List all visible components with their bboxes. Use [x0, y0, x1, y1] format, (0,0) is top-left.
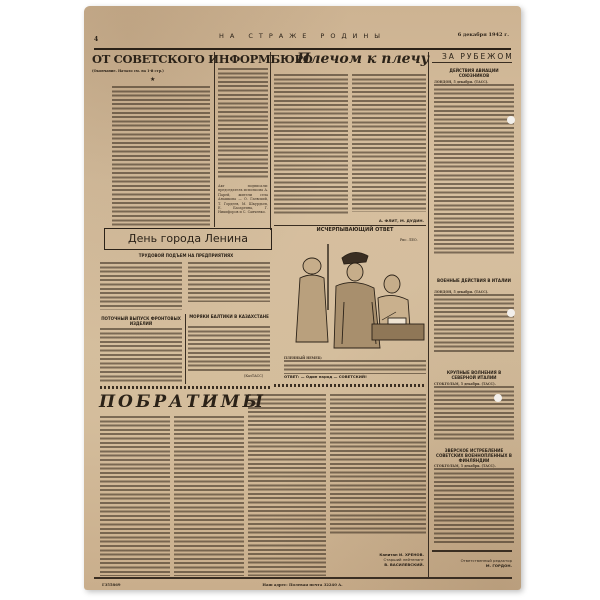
- abroad-article-headline: ВОЕННЫЕ ДЕЙСТВИЯ В ИТАЛИИ: [434, 278, 514, 283]
- poem-headline: Плечом к плечу: [297, 51, 429, 67]
- sovinformburo-body: [112, 86, 210, 226]
- pobratimy-signature: Капитан И. ХРЕНОВ. Старший лейтенант В. …: [354, 552, 424, 567]
- leningrad-subheadline: ТРУДОВОЙ ПОДЪЕМ НА ПРЕДПРИЯТИЯХ: [100, 253, 272, 258]
- sub-article-body: [188, 326, 270, 372]
- cartoon-answer: ОТВЕТ: — Один народ — СОВЕТСКИЙ!: [284, 374, 394, 379]
- pobratimy-body-col2: [174, 416, 244, 576]
- column-divider: [428, 52, 429, 577]
- sovinformburo-body-cont: [218, 68, 268, 180]
- sub-article-body: [100, 328, 182, 382]
- source-tag: (КазТАСС): [244, 374, 263, 378]
- leningrad-day-banner: День города Ленина: [104, 228, 272, 250]
- signature-line: В. ВАСИЛЕВСКИЙ.: [354, 562, 424, 567]
- caption-speaker: ПЛЕННЫЙ НЕМЕЦ:: [284, 356, 322, 360]
- punch-hole: [494, 394, 502, 402]
- sovinformburo-byline: Акт подписали: председатель исполкома А.…: [218, 184, 268, 224]
- leningrad-body-right: [188, 262, 270, 302]
- pobratimy-body-col1: [100, 416, 170, 576]
- column-divider: [214, 52, 215, 227]
- masthead-rule: [94, 48, 511, 50]
- abroad-article-headline: ЗВЕРСКОЕ ИСТРЕБЛЕНИЕ СОВЕТСКИХ ВОЕННОПЛЕ…: [434, 448, 514, 463]
- editor-name: М. ГОРДОН.: [434, 563, 512, 568]
- cartoon-caption: ПЛЕННЫЙ НЕМЕЦ:: [284, 356, 426, 374]
- abroad-headline: ЗА РУБЕЖОМ: [442, 52, 514, 61]
- masthead: 4 НА СТРАЖЕ РОДИНЫ 6 декабря 1942 г.: [94, 32, 511, 44]
- section-rule: [432, 62, 512, 63]
- pobratimy-body-col3: [248, 394, 326, 576]
- abroad-article-body: СТОКГОЛЬМ, 5 декабря. (ТАСС).: [434, 464, 514, 546]
- dateline: ЛОНДОН, 5 декабря. (ТАСС).: [434, 80, 488, 84]
- leningrad-body-left: [100, 262, 182, 310]
- column-divider: [270, 52, 271, 230]
- poem-stanzas-left: [274, 74, 348, 214]
- issue-date: 6 декабря 1942 г.: [458, 32, 509, 38]
- dateline: ЛОНДОН, 5 декабря. (ТАСС).: [434, 290, 488, 294]
- abroad-article-body: СТОКГОЛЬМ, 5 декабря. (ТАСС).: [434, 382, 514, 442]
- bottom-rule: [94, 577, 512, 579]
- poem-stanzas-right: [352, 74, 426, 212]
- dateline: СТОКГОЛЬМ, 5 декабря. (ТАСС).: [434, 464, 496, 468]
- cartoon-illustration: [284, 232, 426, 354]
- editor-credit: Ответственный редактор М. ГОРДОН.: [434, 558, 512, 568]
- newspaper-title: НА СТРАЖЕ РОДИНЫ: [94, 32, 511, 40]
- poem-authors: А. ФЛИТ, М. ДУДИН.: [374, 218, 424, 223]
- star-icon: ★: [150, 76, 155, 83]
- abroad-article-body: ЛОНДОН, 5 декабря. (ТАСС).: [434, 80, 514, 258]
- pobratimy-body-col4: [330, 394, 426, 534]
- pobratimy-headline: ПОБРАТИМЫ: [99, 392, 266, 412]
- sub-article-headline: МОРЯКИ БАЛТИКИ В КАЗАХСТАНЕ: [188, 314, 270, 319]
- wavy-divider: [100, 386, 270, 389]
- newspaper-page: 4 НА СТРАЖЕ РОДИНЫ 6 декабря 1942 г. ОТ …: [84, 6, 521, 590]
- section-rule: [432, 550, 512, 552]
- sovinformburo-subtitle: (Окончание. Начало см. на 1-й стр.): [92, 69, 164, 73]
- punch-hole: [507, 309, 515, 317]
- wavy-divider: [274, 384, 426, 387]
- column-divider: [185, 314, 186, 384]
- abroad-article-headline: ДЕЙСТВИЯ АВИАЦИИ СОЮЗНИКОВ: [434, 68, 514, 78]
- abroad-article-headline: КРУПНЫЕ ВОЛНЕНИЯ В СЕВЕРНОЙ ИТАЛИИ: [434, 370, 514, 380]
- abroad-article-body: ЛОНДОН, 5 декабря. (ТАСС).: [434, 290, 514, 356]
- sub-article-headline: ПОТОЧНЫЙ ВЫПУСК ФРОНТОВЫХ ИЗДЕЛИЙ: [100, 316, 182, 326]
- sovinformburo-headline: ОТ СОВЕТСКОГО ИНФОРМБЮРО: [92, 52, 313, 66]
- dateline: СТОКГОЛЬМ, 5 декабря. (ТАСС).: [434, 382, 496, 386]
- section-rule: [274, 225, 426, 226]
- punch-hole: [507, 116, 515, 124]
- field-post-address: Наш адрес: Полевая почта 32240 А.: [94, 582, 511, 587]
